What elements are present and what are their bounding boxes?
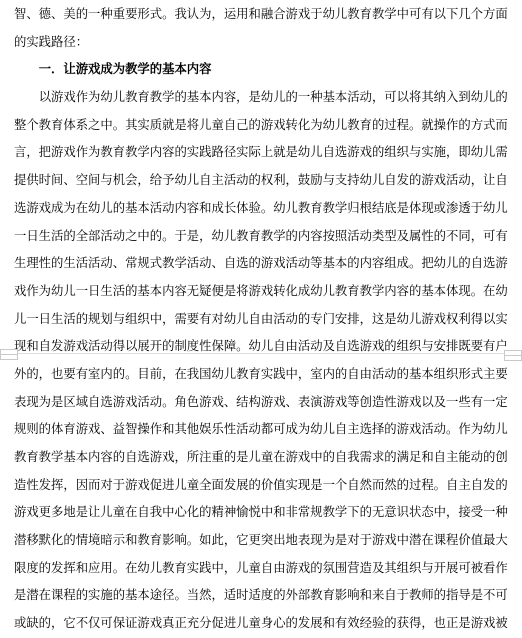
section-heading: 一．让游戏成为教学的基本内容 — [14, 56, 508, 84]
text-line: 造性发挥，因而对于游戏促进儿童全面发展的价值实现是一个自然而然的过程。自主自发的 — [14, 472, 508, 500]
text-line: 提供时间、空间与机会，给予幼儿自主活动的权利，鼓励与支持幼儿自发的游戏活动，让自 — [14, 167, 508, 195]
text-line: 戏作为幼儿一日生活的基本内容无疑便是将游戏转化成幼儿教育教学内容的基本体现。在幼 — [14, 278, 508, 306]
text-line: 或缺的，它不仅可保证游戏真正充分促进儿童身心的发展和有效经验的获得，也正是游戏被 — [14, 610, 508, 638]
text-line: 限度的发挥和应用。在幼儿教育实践中，儿童自由游戏的氛围营造及其组织与开展可被看作 — [14, 555, 508, 583]
text-line: 整个教育体系之中。其实质就是将儿童自己的游戏转化为幼儿教育的过程。就操作的方式而 — [14, 112, 508, 140]
text-line: 规则的体育游戏、益智操作和其他娱乐性活动都可成为幼儿自主选择的游戏活动。作为幼儿 — [14, 416, 508, 444]
text-line: 现和自发游戏活动得以展开的制度性保障。幼儿自由活动及自选游戏的组织与安排既要有户 — [14, 333, 508, 361]
text-line: 以游戏作为幼儿教育教学的基本内容，是幼儿的一种基本活动，可以将其纳入到幼儿的 — [14, 84, 508, 112]
text-line: 生理性的生活活动、常规式教学活动、自选的游戏活动等基本的内容组成。把幼儿的自选游 — [14, 250, 508, 278]
text-line: 一日生活的全部活动之中的。于是，幼儿教育教学的内容按照活动类型及属性的不同，可有 — [14, 223, 508, 251]
text-line: 潜移默化的情境暗示和教育影响。如此，它更突出地表现为是对于游戏中潜在课程价值最大 — [14, 527, 508, 555]
text-line: 智、德、美的一种重要形式。我认为，运用和融合游戏于幼儿教育教学中可有以下几个方面 — [14, 1, 508, 29]
text-body: 智、德、美的一种重要形式。我认为，运用和融合游戏于幼儿教育教学中可有以下几个方面… — [14, 1, 508, 638]
text-line: 外的，也要有室内的。目前，在我国幼儿教育实践中，室内的自由活动的基本组织形式主要 — [14, 361, 508, 389]
text-line: 选游戏成为在幼儿的基本活动内容和成长体验。幼儿教育教学归根结底是体现或渗透于幼儿 — [14, 195, 508, 223]
text-line: 言，把游戏作为教育教学内容的实践路径实际上就是幼儿自选游戏的组织与实施，即幼儿需 — [14, 139, 508, 167]
text-line: 游戏更多地是让儿童在自我中心化的精神愉悦中和非常规教学下的无意识状态中，接受一种 — [14, 499, 508, 527]
document-page[interactable]: 智、德、美的一种重要形式。我认为，运用和融合游戏于幼儿教育教学中可有以下几个方面… — [0, 0, 522, 638]
text-line: 儿一日生活的规划与组织中，需要有对幼儿自由活动的专门安排，这是幼儿游戏权利得以实 — [14, 306, 508, 334]
text-line: 教育教学基本内容的自选游戏，所注重的是儿童在游戏中的自我需求的满足和自主能动的创 — [14, 444, 508, 472]
text-line: 表现为是区域自选游戏活动。角色游戏、结构游戏、表演游戏等创造性游戏以及一些有一定 — [14, 389, 508, 417]
text-line: 的实践路径： — [14, 29, 508, 57]
text-line: 是潜在课程的实施的基本途径。当然，适时适度的外部教育影响和来自于教师的指导是不可 — [14, 582, 508, 610]
